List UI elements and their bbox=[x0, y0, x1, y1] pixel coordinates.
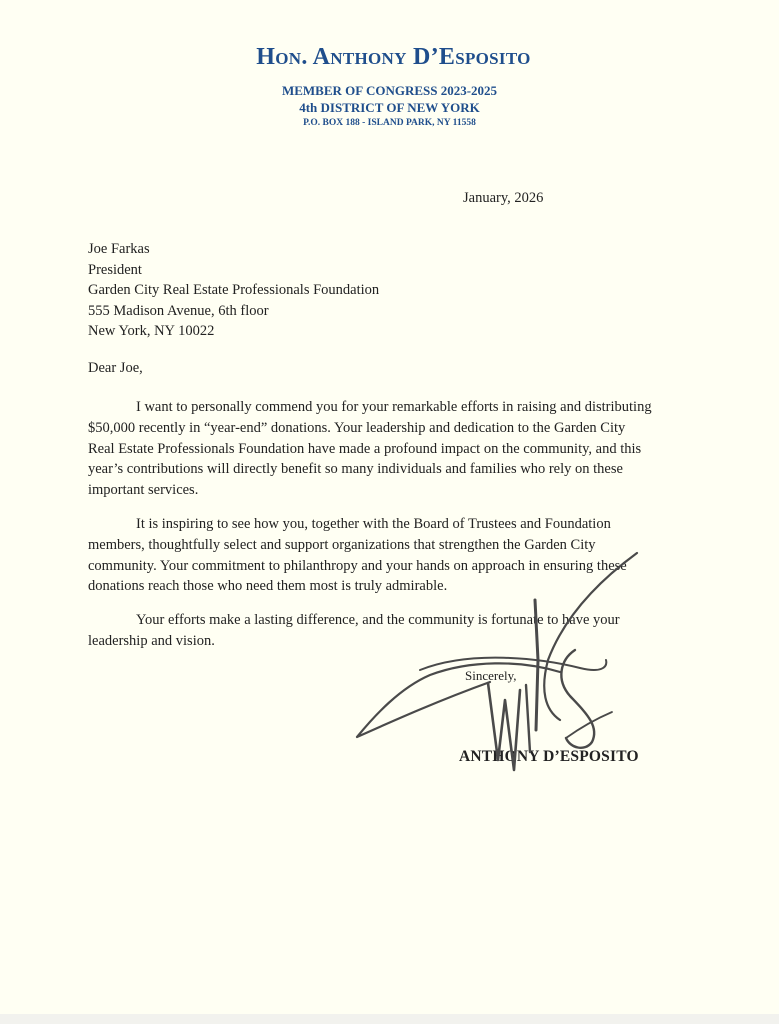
paragraph-line: It is inspiring to see how you, together… bbox=[88, 514, 728, 535]
recipient-address: Joe Farkas President Garden City Real Es… bbox=[88, 239, 379, 342]
letter-page: Hon. Anthony D’Esposito MEMBER OF CONGRE… bbox=[0, 0, 779, 1014]
letter-date: January, 2026 bbox=[463, 190, 543, 207]
signature-icon bbox=[0, 0, 779, 1024]
paragraph-line: community. Your commitment to philanthro… bbox=[88, 556, 728, 577]
letterhead-name: Hon. Anthony D’Esposito bbox=[8, 42, 779, 72]
recipient-organization: Garden City Real Estate Professionals Fo… bbox=[88, 280, 379, 301]
body-paragraph: It is inspiring to see how you, together… bbox=[88, 514, 728, 597]
recipient-street: 555 Madison Avenue, 6th floor bbox=[88, 301, 379, 322]
letterhead: Hon. Anthony D’Esposito MEMBER OF CONGRE… bbox=[0, 42, 779, 131]
signer-name: ANTHONY D’ESPOSITO bbox=[459, 748, 639, 766]
salutation: Dear Joe, bbox=[88, 360, 143, 377]
paragraph-line: important services. bbox=[88, 480, 728, 501]
paragraph-line: I want to personally commend you for you… bbox=[88, 397, 728, 418]
recipient-city: New York, NY 10022 bbox=[88, 321, 379, 342]
paragraph-line: leadership and vision. bbox=[88, 631, 728, 652]
recipient-name: Joe Farkas bbox=[88, 239, 379, 260]
closing: Sincerely, bbox=[465, 668, 517, 684]
body-paragraph: Your efforts make a lasting difference, … bbox=[88, 610, 728, 652]
paragraph-line: Real Estate Professionals Foundation hav… bbox=[88, 439, 728, 460]
body-paragraph: I want to personally commend you for you… bbox=[88, 397, 728, 501]
recipient-title: President bbox=[88, 260, 379, 281]
letterhead-address: P.O. BOX 188 - ISLAND PARK, NY 11558 bbox=[0, 116, 779, 131]
letterhead-district: 4th DISTRICT OF NEW YORK bbox=[0, 99, 779, 116]
paragraph-line: donations reach those who need them most… bbox=[88, 576, 728, 597]
paragraph-line: members, thoughtfully select and support… bbox=[88, 535, 728, 556]
letterhead-office: MEMBER OF CONGRESS 2023-2025 bbox=[0, 82, 779, 99]
page-bottom-edge bbox=[0, 1014, 779, 1024]
paragraph-line: $50,000 recently in “year-end” donations… bbox=[88, 418, 728, 439]
paragraph-line: Your efforts make a lasting difference, … bbox=[88, 610, 728, 631]
paragraph-line: year’s contributions will directly benef… bbox=[88, 459, 728, 480]
